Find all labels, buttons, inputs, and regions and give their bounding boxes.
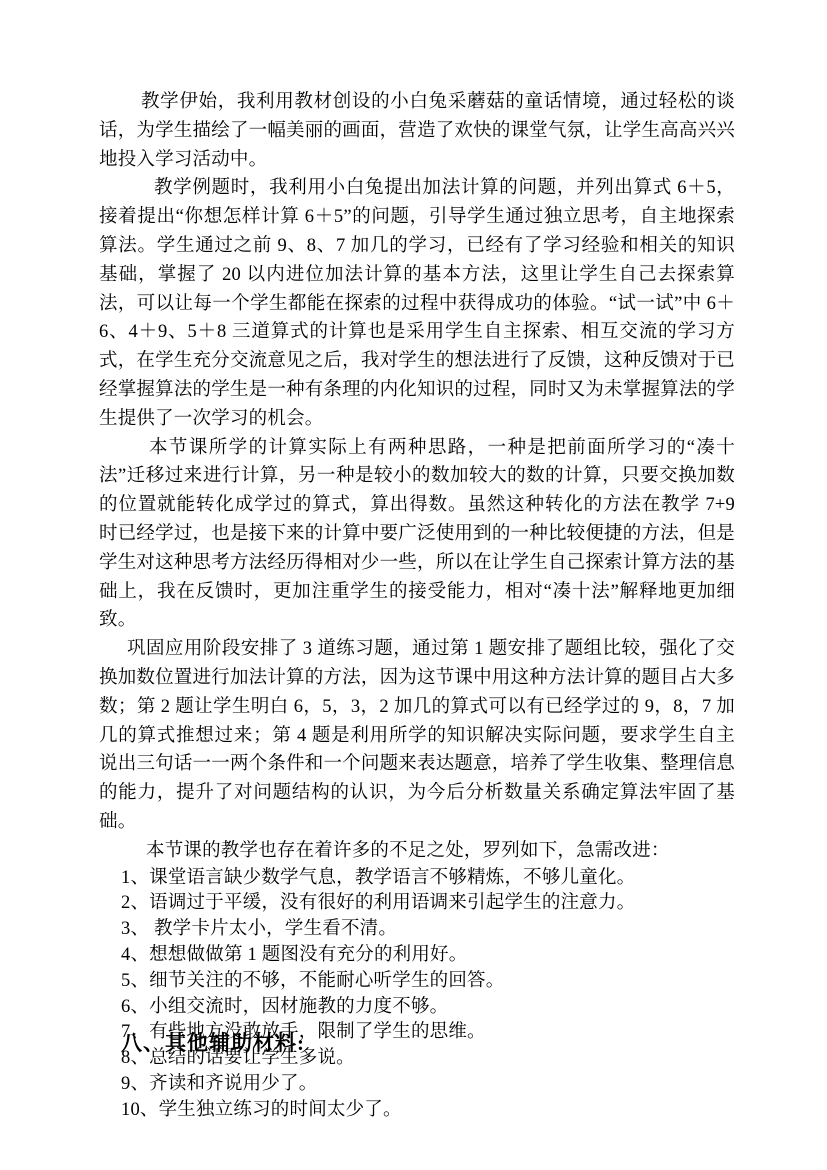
paragraph-example-teaching: 教学例题时，我利用小白兔提出加法计算的问题，并列出算式 6＋5，接着提出“你想怎…: [99, 174, 735, 433]
document-page: 教学伊始，我利用教材创设的小白兔采蘑菇的童话情境，通过轻松的谈话，为学生描绘了一…: [0, 0, 827, 1170]
paragraph-lesson-opening: 教学伊始，我利用教材创设的小白兔采蘑菇的童话情境，通过轻松的谈话，为学生描绘了一…: [99, 88, 735, 174]
shortcoming-item-2: 2、语调过于平缓，没有很好的利用语调来引起学生的注意力。: [99, 891, 735, 917]
paragraph-two-calculation-ideas: 本节课所学的计算实际上有两种思路，一种是把前面所学习的“凑十法”迁移过来进行计算…: [99, 434, 735, 636]
paragraph-consolidation-exercises: 巩固应用阶段安排了 3 道练习题，通过第 1 题安排了题组比较，强化了交换加数位…: [99, 635, 735, 837]
section-heading-other-materials: 八、其他辅助材料:: [121, 1027, 305, 1057]
shortcomings-list: 1、课堂语言缺少数学气息，教学语言不够精炼，不够儿童化。 2、语调过于平缓，没有…: [99, 866, 735, 1124]
shortcoming-item-9: 9、齐读和齐说用少了。: [99, 1072, 735, 1098]
shortcoming-item-4: 4、想想做做第 1 题图没有充分的利用好。: [99, 943, 735, 969]
shortcoming-item-5: 5、细节关注的不够，不能耐心听学生的回答。: [99, 969, 735, 995]
shortcoming-item-3: 3、 教学卡片太小，学生看不清。: [99, 917, 735, 943]
shortcoming-item-10: 10、学生独立练习的时间太少了。: [99, 1098, 735, 1124]
shortcoming-item-1: 1、课堂语言缺少数学气息，教学语言不够精炼，不够儿童化。: [99, 866, 735, 892]
shortcoming-item-6: 6、小组交流时，因材施教的力度不够。: [99, 995, 735, 1021]
document-body: 教学伊始，我利用教材创设的小白兔采蘑菇的童话情境，通过轻松的谈话，为学生描绘了一…: [99, 88, 735, 1123]
paragraph-shortcomings-intro: 本节课的教学也存在着许多的不足之处，罗列如下，急需改进：: [99, 837, 735, 866]
